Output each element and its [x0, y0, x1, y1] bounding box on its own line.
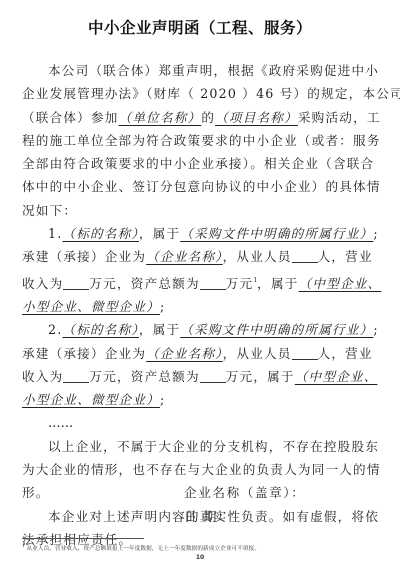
enterprise-size-placeholder: （中型企业、: [299, 276, 382, 291]
item-line: 小型企业、微型企业）;: [22, 295, 378, 318]
text: 人，营业: [318, 249, 373, 264]
text: 万元，资产总额为: [89, 276, 199, 291]
item-line: 1.（标的名称），属于（采购文件中明确的所属行业）;: [22, 222, 378, 245]
text: 人，营业: [318, 346, 373, 361]
industry-placeholder: （采购文件中明确的所属行业）: [180, 322, 373, 337]
intro-line: 企业发展管理办法》（财库（ 2020 ）46 号）的规定，本公司: [22, 82, 378, 105]
staff-count-blank[interactable]: [292, 346, 318, 360]
text: ，从业人员: [223, 249, 292, 264]
text: 万元: [226, 276, 254, 291]
intro-line: 况如下：: [22, 199, 378, 222]
company-name-placeholder: （企业名称）: [146, 249, 222, 264]
footnote-mark: 1: [22, 543, 25, 548]
subject-name-placeholder: （标的名称）: [62, 226, 138, 241]
footnote-divider: [22, 538, 144, 539]
text: 万元: [226, 369, 254, 384]
statement-line: 为大企业的情形，也不存在与大企业的负责人为同一人的情: [22, 458, 378, 481]
item-line: 2.（标的名称），属于（采购文件中明确的所属行业）;: [22, 318, 378, 341]
text: 承建（承接）企业为: [22, 249, 146, 264]
document-page: 中小企业声明函（工程、服务） 本公司（联合体）郑重声明，根据《政府采购促进中小 …: [0, 0, 400, 577]
text: ，属于: [253, 369, 294, 384]
text: ;: [160, 299, 165, 314]
text: 收入为: [22, 369, 63, 384]
item-line: 小型企业、微型企业）;: [22, 388, 378, 411]
ellipsis: ……: [22, 411, 378, 434]
date-label: 日 期：: [184, 506, 232, 525]
text: 万元，资产总额为: [89, 369, 199, 384]
text: ;: [160, 392, 165, 407]
enterprise-size-placeholder: （中型企业、: [295, 369, 378, 384]
staff-count-blank[interactable]: [292, 249, 318, 263]
text: 采购活动，工: [298, 110, 381, 125]
intro-line: 本公司（联合体）郑重声明，根据《政府采购促进中小: [22, 59, 378, 82]
item-line: 承建（承接）企业为（企业名称），从业人员人，营业: [22, 245, 378, 268]
item-number: 2.: [48, 322, 62, 337]
subject-name-placeholder: （标的名称）: [62, 322, 138, 337]
text: ;: [373, 226, 378, 241]
intro-line: 全部由符合政策要求的中小企业承接）。相关企业（含联合: [22, 152, 378, 175]
text: ，从业人员: [223, 346, 292, 361]
statement-line: 以上企业，不属于大企业的分支机构，不存在控股股东: [22, 435, 378, 458]
assets-blank[interactable]: [200, 369, 226, 383]
enterprise-size-placeholder: 小型企业、微型企业）: [22, 299, 160, 314]
page-number: 10: [0, 554, 400, 561]
footnote-text: 从业人员、营业收入、资产总额填报上一年度数据，无上一年度数据的新成立企业可不填报…: [27, 546, 260, 552]
text: ，属于: [139, 322, 180, 337]
document-body: 本公司（联合体）郑重声明，根据《政府采购促进中小 企业发展管理办法》（财库（ 2…: [22, 59, 378, 551]
text: ，属于: [257, 276, 298, 291]
text: 承建（承接）企业为: [22, 346, 146, 361]
unit-name-placeholder: （单位名称）: [119, 110, 202, 125]
item-line: 承建（承接）企业为（企业名称），从业人员人，营业: [22, 342, 378, 365]
industry-placeholder: （采购文件中明确的所属行业）: [180, 226, 373, 241]
enterprise-item-2: 2.（标的名称），属于（采购文件中明确的所属行业）; 承建（承接）企业为（企业名…: [22, 318, 378, 411]
item-number: 1.: [48, 226, 62, 241]
revenue-blank[interactable]: [63, 276, 89, 290]
intro-line: （联合体）参加（单位名称）的（项目名称）采购活动，工: [22, 106, 378, 129]
page-title: 中小企业声明函（工程、服务）: [0, 16, 400, 38]
company-seal-label: 企业名称（盖章）：: [184, 482, 305, 501]
text: 的: [201, 110, 215, 125]
text: （联合体）参加: [22, 110, 119, 125]
footnote: 1 从业人员、营业收入、资产总额填报上一年度数据，无上一年度数据的新成立企业可不…: [22, 543, 260, 552]
text: ，属于: [139, 226, 180, 241]
assets-blank[interactable]: [200, 276, 226, 290]
intro-line: 程的施工单位全部为符合政策要求的中小企业（或者：服务: [22, 129, 378, 152]
intro-line: 体中的中小企业、签订分包意向协议的中小企业）的具体情: [22, 175, 378, 198]
text: ;: [373, 322, 378, 337]
item-line: 收入为万元，资产总额为万元1，属于（中型企业、: [22, 269, 378, 295]
enterprise-item-1: 1.（标的名称），属于（采购文件中明确的所属行业）; 承建（承接）企业为（企业名…: [22, 222, 378, 318]
enterprise-size-placeholder: 小型企业、微型企业）: [22, 392, 160, 407]
revenue-blank[interactable]: [63, 369, 89, 383]
project-name-placeholder: （项目名称）: [215, 110, 298, 125]
text: 收入为: [22, 276, 63, 291]
intro-paragraph: 本公司（联合体）郑重声明，根据《政府采购促进中小 企业发展管理办法》（财库（ 2…: [22, 59, 378, 222]
item-line: 收入为万元，资产总额为万元，属于（中型企业、: [22, 365, 378, 388]
company-name-placeholder: （企业名称）: [146, 346, 222, 361]
